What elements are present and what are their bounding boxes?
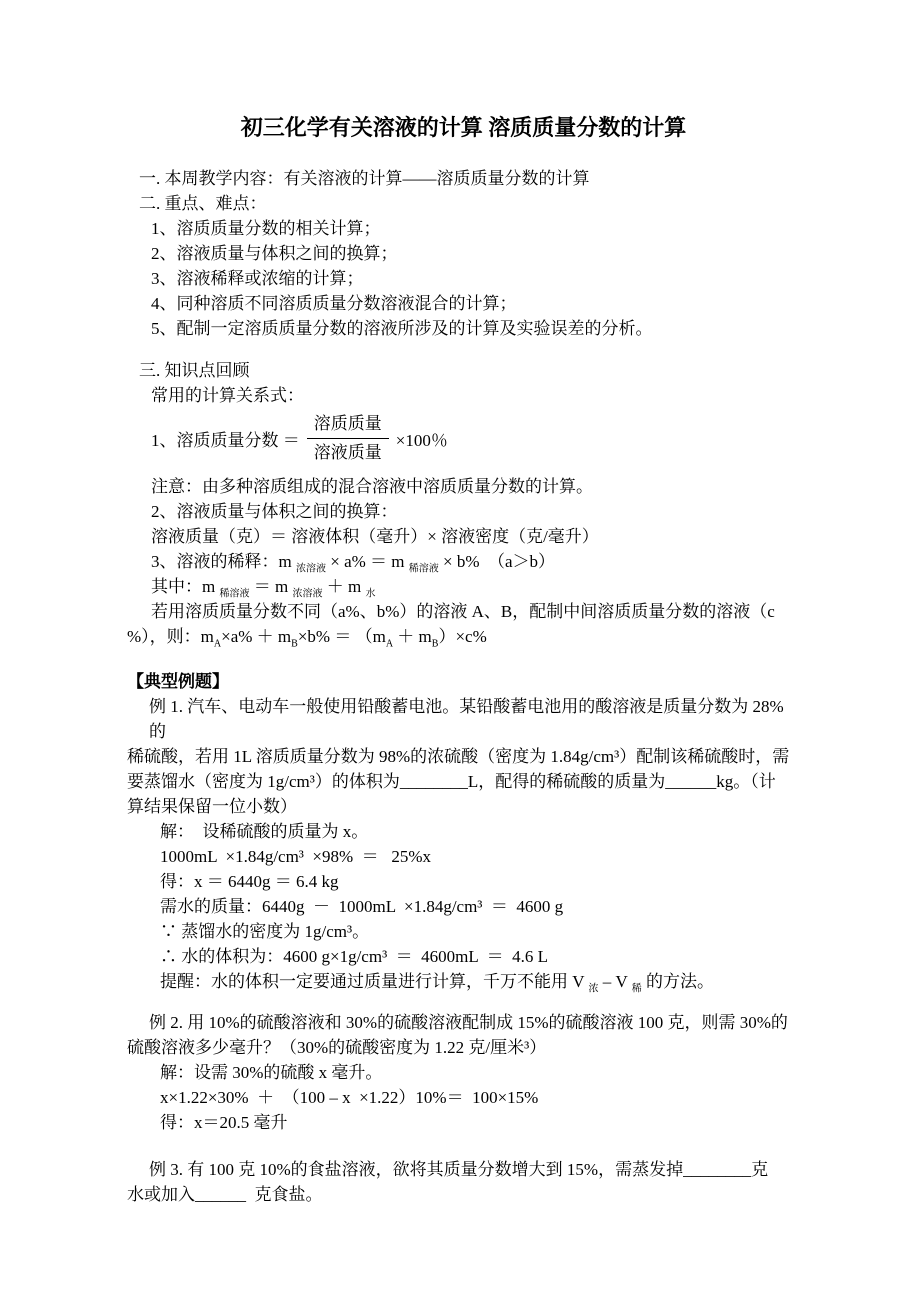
page-title: 初三化学有关溶液的计算 溶质质量分数的计算 [127, 112, 800, 144]
dilution-note-text: 其中：m [151, 577, 219, 596]
mixing-text: ）×c% [438, 627, 486, 646]
mixing-text: ×a% ＋ m [221, 627, 291, 646]
conversion-heading: 2、溶液质量与体积之间的换算： [127, 499, 800, 524]
conversion-formula: 溶液质量（克）＝ 溶液体积（毫升）× 溶液密度（克/毫升） [127, 524, 800, 549]
dilution-text: × a% ＝ m [326, 552, 409, 571]
example2-solution-line: 解：设需 30%的硫酸 x 毫升。 [127, 1060, 800, 1085]
document-page: 初三化学有关溶液的计算 溶质质量分数的计算 一. 本周教学内容：有关溶液的计算—… [0, 0, 920, 1302]
dilution-formula: 3、溶液的稀释：m 浓溶液 × a% ＝ m 稀溶液 × b% （a＞b） [127, 549, 800, 574]
solution-b-subscript: B [291, 638, 298, 649]
example2-line: 例 2. 用 10%的硫酸溶液和 30%的硫酸溶液配制成 15%的硫酸溶液 10… [127, 1010, 800, 1035]
reminder-text: 的方法。 [642, 972, 714, 991]
key-point-item: 3、溶液稀释或浓缩的计算； [127, 266, 800, 291]
v-concentrated-subscript: 浓 [588, 983, 598, 994]
example1-line-with-blanks: 要蒸馏水（密度为 1g/cm³）的体积为________L，配得的稀硫酸的质量为… [127, 769, 800, 794]
example1-solution-line: 1000mL ×1.84g/cm³ ×98% ＝ 25%x [127, 844, 800, 869]
dilution-text: × b% （a＞b） [439, 552, 555, 571]
example3-line-with-blanks: 水或加入______ 克食盐。 [127, 1182, 800, 1207]
example1-line: 例 1. 汽车、电动车一般使用铅酸蓄电池。某铅酸蓄电池用的酸溶液是质量分数为 2… [127, 694, 800, 744]
example1-line: 稀硫酸，若用 1L 溶质质量分数为 98%的浓硫酸（密度为 1.84g/cm³）… [127, 744, 800, 769]
mixing-rule-line-2: %），则：mA×a% ＋ mB×b% ＝ （mA ＋ mB）×c% [127, 624, 800, 649]
example1-solution-line: ∴ 水的体积为：4600 g×1g/cm³ ＝ 4600mL ＝ 4.6 L [127, 944, 800, 969]
mixing-rule-line-1: 若用溶质质量分数不同（a%、b%）的溶液 A、B，配制中间溶质质量分数的溶液（c [127, 599, 800, 624]
mixing-text: ＋ m [393, 627, 432, 646]
key-point-item: 2、溶液质量与体积之间的换算； [127, 241, 800, 266]
dilute-solution-subscript: 稀溶液 [409, 563, 439, 574]
example1-solution-line: 解： 设稀硫酸的质量为 x。 [127, 819, 800, 844]
v-dilute-subscript: 稀 [632, 983, 642, 994]
formula-suffix: ×100％ [396, 426, 448, 451]
formula-prefix: 1、溶质质量分数 ＝ [151, 426, 300, 451]
example1-reminder: 提醒：水的体积一定要通过质量进行计算，千万不能用 V 浓 – V 稀 的方法。 [127, 969, 800, 994]
key-point-item: 5、配制一定溶质质量分数的溶液所涉及的计算及实验误差的分析。 [127, 316, 800, 341]
dilution-note-text: ＋ m [322, 577, 365, 596]
overview-key-points-heading: 二. 重点、难点： [127, 191, 800, 216]
example3-line-with-blanks: 例 3. 有 100 克 10%的食盐溶液，欲将其质量分数增大到 15%，需蒸发… [127, 1157, 800, 1182]
solution-a-subscript: A [386, 638, 393, 649]
example2-line: 硫酸溶液多少毫升？（30%的硫酸密度为 1.22 克/厘米³） [127, 1035, 800, 1060]
dilution-note: 其中：m 稀溶液 ＝ m 浓溶液 ＋ m 水 [127, 574, 800, 599]
fraction-denominator: 溶液质量 [307, 439, 389, 464]
reminder-text: 提醒：水的体积一定要通过质量进行计算，千万不能用 V [160, 972, 588, 991]
knowledge-intro: 常用的计算关系式： [127, 383, 800, 408]
overview-teaching-content: 一. 本周教学内容：有关溶液的计算——溶质质量分数的计算 [127, 166, 800, 191]
example2-solution-line: x×1.22×30% ＋ （100 – x ×1.22）10%＝ 100×15% [127, 1085, 800, 1110]
concentrated-solution-subscript: 浓溶液 [296, 563, 326, 574]
key-point-item: 4、同种溶质不同溶质质量分数溶液混合的计算； [127, 291, 800, 316]
knowledge-heading: 三. 知识点回顾 [127, 358, 800, 383]
knowledge-note: 注意：由多种溶质组成的混合溶液中溶质质量分数的计算。 [127, 474, 800, 499]
water-subscript: 水 [365, 588, 375, 599]
dilute-solution-subscript: 稀溶液 [219, 588, 249, 599]
dilution-text: 3、溶液的稀释：m [151, 552, 296, 571]
examples-heading: 【典型例题】 [127, 669, 800, 694]
key-point-item: 1、溶质质量分数的相关计算； [127, 216, 800, 241]
mixing-text: %），则：m [127, 627, 214, 646]
concentrated-solution-subscript: 浓溶液 [292, 588, 322, 599]
example1-solution-line: 得：x ＝ 6440g ＝ 6.4 kg [127, 869, 800, 894]
example2-solution-line: 得：x＝20.5 毫升 [127, 1110, 800, 1135]
dilution-note-text: ＝ m [249, 577, 292, 596]
mass-fraction-formula: 1、溶质质量分数 ＝ 溶质质量 溶液质量 ×100％ [127, 413, 800, 464]
example1-solution-line: 需水的质量：6440g － 1000mL ×1.84g/cm³ ＝ 4600 g [127, 894, 800, 919]
fraction-numerator: 溶质质量 [307, 413, 389, 439]
document-body: 初三化学有关溶液的计算 溶质质量分数的计算 一. 本周教学内容：有关溶液的计算—… [0, 0, 920, 1207]
example1-solution-line: ∵ 蒸馏水的密度为 1g/cm³。 [127, 919, 800, 944]
example1-line: 算结果保留一位小数） [127, 794, 800, 819]
fraction: 溶质质量 溶液质量 [307, 413, 389, 464]
reminder-text: – V [598, 972, 631, 991]
mixing-text: ×b% ＝ （m [298, 627, 386, 646]
